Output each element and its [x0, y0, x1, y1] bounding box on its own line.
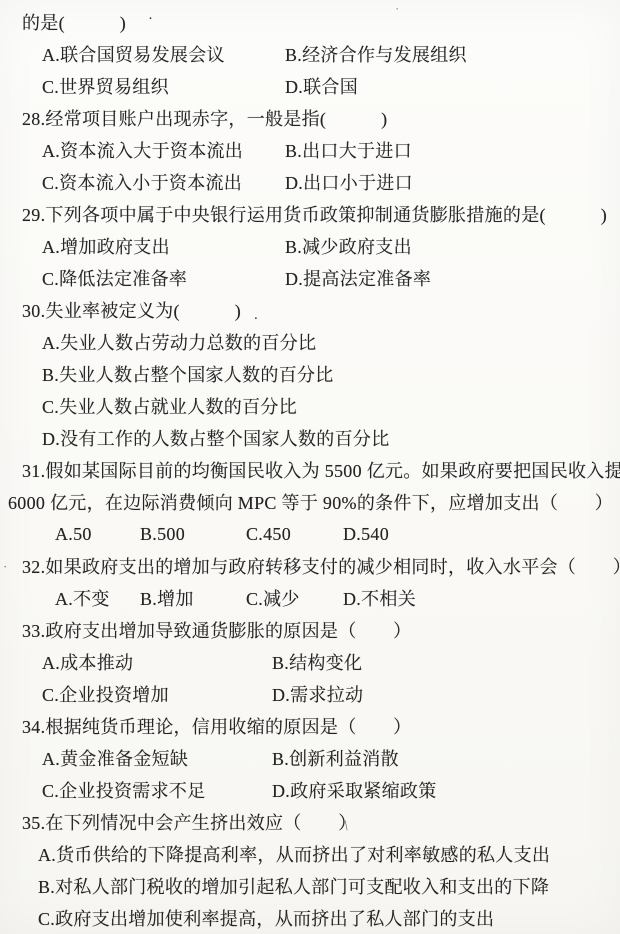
option-a: A.货币供给的下降提高利率，从而挤出了对利率敏感的私人支出	[38, 841, 550, 867]
option-c: C.世界贸易组织	[42, 73, 285, 99]
option-row: C.资本流入小于资本流出 D.出口小于进口	[0, 166, 620, 198]
exam-page: 的是( ) A.联合国贸易发展会议 B.经济合作与发展组织 C.世界贸易组织 D…	[0, 0, 620, 934]
option-c: C.450	[246, 524, 343, 545]
question-30-stem: 30.失业率被定义为( )	[0, 294, 620, 326]
scan-artifact: .	[254, 308, 258, 323]
question-28-stem: 28.经常项目账户出现赤字，一般是指( )	[0, 102, 620, 134]
option-b: B.出口大于进口	[285, 137, 412, 163]
scan-artifact: ·	[148, 12, 153, 27]
option-row: A.50 B.500 C.450 D.540	[0, 518, 620, 550]
stem-text: 29.下列各项中属于中央银行运用货币政策抑制通货膨胀措施的是( )	[22, 201, 607, 227]
option-c: C.企业投资增加	[42, 681, 272, 707]
option-b: B.减少政府支出	[285, 233, 412, 259]
option-row: A.黄金准备金短缺 B.创新利益消散	[0, 742, 620, 774]
stem-text: 28.经常项目账户出现赤字，一般是指( )	[22, 105, 387, 131]
option-d: D.提高法定准备率	[285, 265, 431, 291]
option-a: A.成本推动	[42, 649, 272, 675]
option-a: A.黄金准备金短缺	[42, 745, 272, 771]
option-d: D.联合国	[285, 73, 358, 99]
option-b: B.失业人数占整个国家人数的百分比	[42, 361, 334, 387]
option-d: D.没有工作的人数占整个国家人数的百分比	[42, 425, 390, 451]
scan-artifact: ·	[395, 2, 400, 15]
option-row: A.货币供给的下降提高利率，从而挤出了对利率敏感的私人支出	[0, 838, 620, 870]
option-d: D.政府采取紧缩政策	[272, 777, 437, 803]
question-31-stem-line2: 6000 亿元，在边际消费倾向 MPC 等于 90%的条件下，应增加支出（ ）	[0, 486, 620, 518]
option-row: C.企业投资需求不足 D.政府采取紧缩政策	[0, 774, 620, 806]
stem-text: 32.如果政府支出的增加与政府转移支付的减少相同时，收入水平会（ ）	[22, 553, 620, 579]
stem-text: 30.失业率被定义为( )	[22, 297, 241, 323]
stem-text: 35.在下列情况中会产生挤出效应（ ）	[22, 809, 357, 835]
question-32-stem: 32.如果政府支出的增加与政府转移支付的减少相同时，收入水平会（ ）	[0, 550, 620, 582]
option-b: B.创新利益消散	[272, 745, 399, 771]
option-b: B.500	[140, 524, 246, 545]
stem-text: 的是( )	[22, 9, 126, 35]
option-a: A.50	[55, 524, 140, 545]
option-row: C.政府支出增加使利率提高，从而挤出了私人部门的支出	[0, 902, 620, 934]
stem-text: 6000 亿元，在边际消费倾向 MPC 等于 90%的条件下，应增加支出（ ）	[8, 489, 613, 515]
option-b: B.经济合作与发展组织	[285, 41, 467, 67]
option-a: A.联合国贸易发展会议	[42, 41, 285, 67]
option-row: C.世界贸易组织 D.联合国	[0, 70, 620, 102]
option-d: D.出口小于进口	[285, 169, 413, 195]
option-row: A.成本推动 B.结构变化	[0, 646, 620, 678]
option-row: C.失业人数占就业人数的百分比	[0, 390, 620, 422]
option-a: A.不变	[55, 585, 140, 611]
question-31-stem-line1: 31.假如某国际目前的均衡国民收入为 5500 亿元。如果政府要把国民收入提高到	[0, 454, 620, 486]
option-row: A.失业人数占劳动力总数的百分比	[0, 326, 620, 358]
option-row: A.资本流入大于资本流出 B.出口大于进口	[0, 134, 620, 166]
option-a: A.资本流入大于资本流出	[42, 137, 285, 163]
option-row: A.不变 B.增加 C.减少 D.不相关	[0, 582, 620, 614]
option-d: D.需求拉动	[272, 681, 363, 707]
option-b: B.对私人部门税收的增加引起私人部门可支配收入和支出的下降	[38, 873, 549, 899]
option-row: A.联合国贸易发展会议 B.经济合作与发展组织	[0, 38, 620, 70]
option-c: C.失业人数占就业人数的百分比	[42, 393, 297, 419]
option-c: C.降低法定准备率	[42, 265, 285, 291]
option-c: C.企业投资需求不足	[42, 777, 272, 803]
option-row: C.降低法定准备率 D.提高法定准备率	[0, 262, 620, 294]
option-row: C.企业投资增加 D.需求拉动	[0, 678, 620, 710]
option-b: B.增加	[140, 585, 246, 611]
stem-text: 31.假如某国际目前的均衡国民收入为 5500 亿元。如果政府要把国民收入提高到	[22, 457, 620, 483]
question-29-stem: 29.下列各项中属于中央银行运用货币政策抑制通货膨胀措施的是( )	[0, 198, 620, 230]
option-d: D.540	[343, 524, 389, 545]
question-33-stem: 33.政府支出增加导致通货膨胀的原因是（ ）	[0, 614, 620, 646]
question-continuation-stem: 的是( )	[0, 6, 620, 38]
stem-text: 34.根据纯货币理论，信用收缩的原因是（ ）	[22, 713, 411, 739]
option-c: C.减少	[246, 585, 343, 611]
option-row: B.对私人部门税收的增加引起私人部门可支配收入和支出的下降	[0, 870, 620, 902]
question-34-stem: 34.根据纯货币理论，信用收缩的原因是（ ）	[0, 710, 620, 742]
option-a: A.失业人数占劳动力总数的百分比	[42, 329, 316, 355]
option-a: A.增加政府支出	[42, 233, 285, 259]
option-row: A.增加政府支出 B.减少政府支出	[0, 230, 620, 262]
option-d: D.不相关	[343, 585, 416, 611]
question-35-stem: 35.在下列情况中会产生挤出效应（ ）	[0, 806, 620, 838]
stem-text: 33.政府支出增加导致通货膨胀的原因是（ ）	[22, 617, 411, 643]
scan-artifact: ·	[3, 560, 8, 573]
option-row: B.失业人数占整个国家人数的百分比	[0, 358, 620, 390]
option-b: B.结构变化	[272, 649, 362, 675]
option-row: D.没有工作的人数占整个国家人数的百分比	[0, 422, 620, 454]
option-c: C.资本流入小于资本流出	[42, 169, 285, 195]
option-c: C.政府支出增加使利率提高，从而挤出了私人部门的支出	[38, 905, 494, 931]
